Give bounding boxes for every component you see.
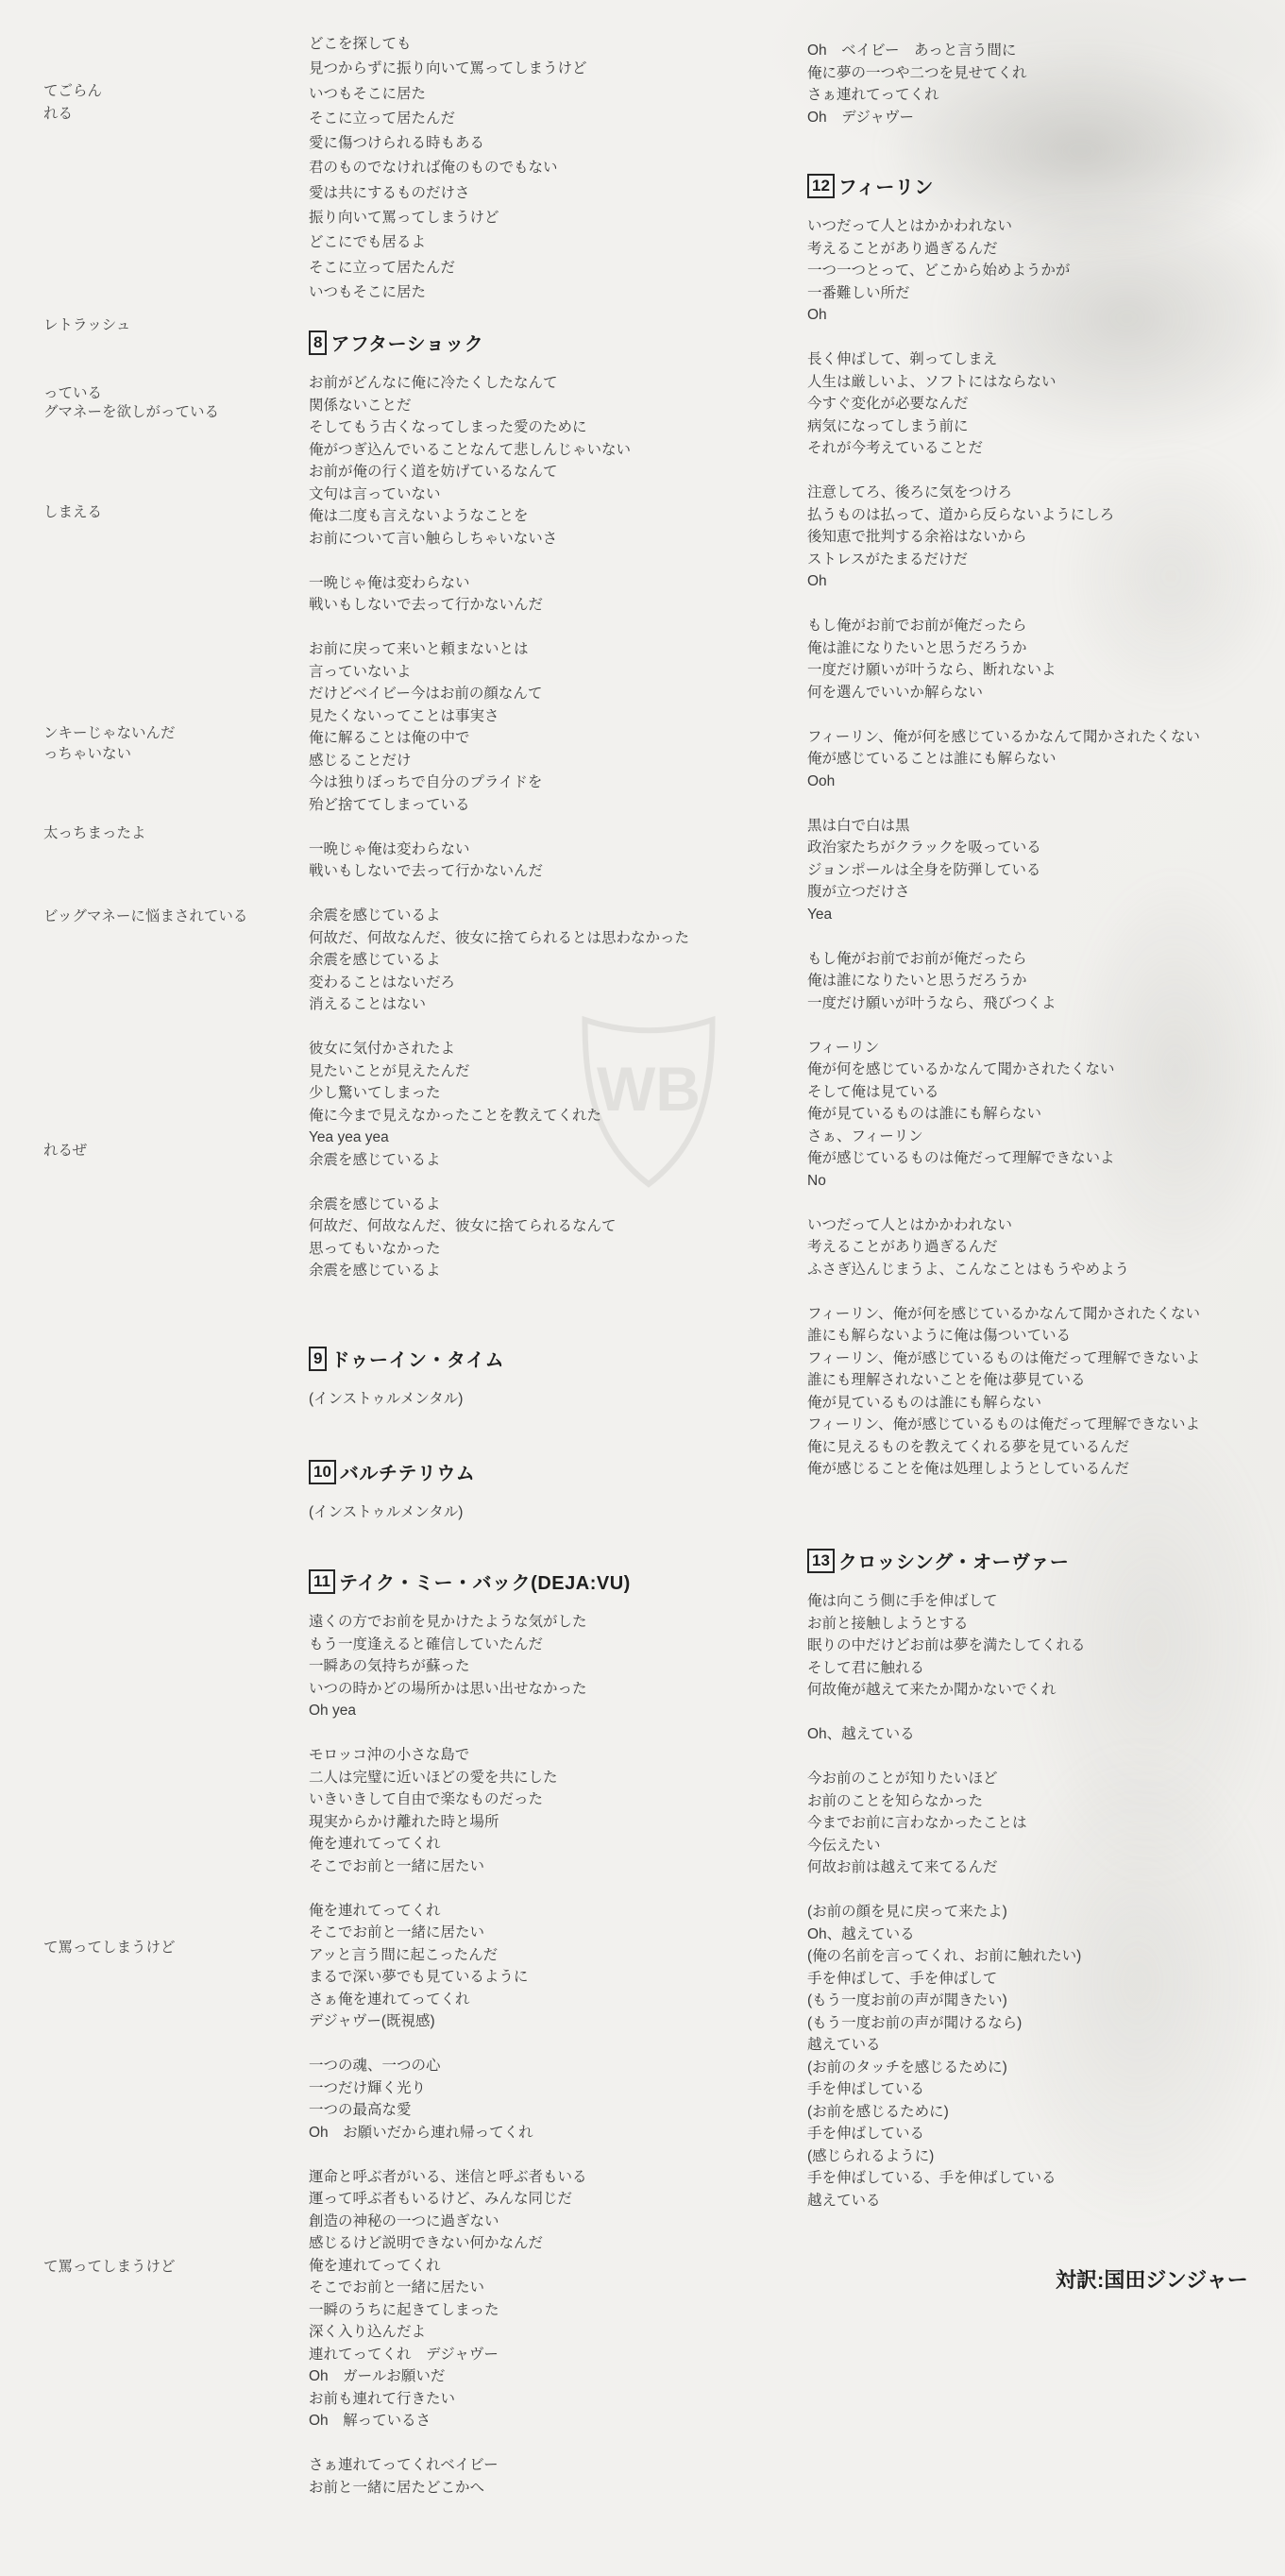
cutoff-text-fragment: てごらん (43, 79, 102, 100)
lyric-line: Oh お願いだから連れ帰ってくれ (309, 2122, 631, 2144)
song-lyrics: (インストゥルメンタル) (309, 1388, 504, 1411)
lyric-line: 今までお前に言わなかったことは (807, 1812, 1086, 1835)
lyric-line: 長く伸ばして、剃ってしまえ (807, 348, 1200, 371)
lyric-line: Yea yea yea (309, 1127, 689, 1149)
lyric-line: お前と一緒に居たどこかへ (309, 2477, 631, 2500)
lyric-line: 消えることはない (309, 993, 689, 1016)
lyric-line: 一番難しい所だ (807, 282, 1200, 305)
lyric-line: フィーリン (807, 1037, 1200, 1059)
lyric-line: (インストゥルメンタル) (309, 1388, 504, 1411)
lyric-line: (インストゥルメンタル) (309, 1501, 475, 1524)
lyric-line: 今伝えたい (807, 1835, 1086, 1857)
lyric-line: 手を伸ばしている (807, 2078, 1086, 2101)
lyric-line: (お前の顔を見に戻って来たよ) (807, 1901, 1086, 1924)
lyric-line: 俺は誰になりたいと思うだろうか (807, 970, 1200, 992)
cutoff-text-fragment: っちゃいない (43, 742, 131, 763)
lyric-line: No (807, 1170, 1200, 1193)
lyric-line: 眠りの中だけどお前は夢を満たしてくれる (807, 1635, 1086, 1657)
lyric-line: そしてもう古くなってしまった愛のために (309, 416, 689, 439)
lyric-line: 見たいことが見えたんだ (309, 1060, 689, 1083)
lyric-line: さぁ俺を連れてってくれ (309, 1989, 631, 2011)
lyric-line: 一つ一つとって、どこから始めようかが (807, 260, 1200, 282)
lyric-stanza: Oh、越えている (807, 1723, 1086, 1746)
lyric-line: 俺が見ているものは誰にも解らない (807, 1103, 1200, 1126)
song-section-8: 8 アフターショック お前がどんなに俺に冷たくしたなんて関係ないことだそしてもう… (309, 329, 689, 1304)
lyric-line: Oh 解っているさ (309, 2410, 631, 2432)
song-title: バルチテリウム (340, 1458, 475, 1485)
lyric-line: 一瞬のうちに起きてしまった (309, 2299, 631, 2322)
lyric-line: 考えることがあり過ぎるんだ (807, 1236, 1200, 1259)
lyric-stanza: 一晩じゃ俺は変わらない戦いもしないで去って行かないんだ (309, 572, 689, 617)
lyric-stanza: もし俺がお前でお前が俺だったら俺は誰になりたいと思うだろうか一度だけ願いが叶うな… (807, 615, 1200, 703)
lyric-line: そこでお前と一緒に居たい (309, 1922, 631, 1944)
lyric-line: 注意してろ、後ろに気をつけろ (807, 482, 1200, 504)
lyric-line: もう一度逢えると確信していたんだ (309, 1634, 631, 1656)
lyric-line: 余震を感じているよ (309, 1260, 689, 1282)
lyric-line: 一度だけ願いが叶うなら、断れないよ (807, 659, 1200, 682)
lyric-stanza: もし俺がお前でお前が俺だったら俺は誰になりたいと思うだろうか一度だけ願いが叶うな… (807, 948, 1200, 1015)
lyric-stanza: 一晩じゃ俺は変わらない戦いもしないで去って行かないんだ (309, 839, 689, 883)
lyric-stanza: 彼女に気付かされたよ見たいことが見えたんだ少し驚いてしまった俺に今まで見えなかっ… (309, 1038, 689, 1171)
lyric-line: 関係ないことだ (309, 395, 689, 417)
lyric-line: 越えている (807, 2190, 1086, 2212)
lyric-line: 戦いもしないで去って行かないんだ (309, 594, 689, 617)
lyric-line: 俺に今まで見えなかったことを教えてくれた (309, 1105, 689, 1127)
lyric-stanza: 運命と呼ぶ者がいる、迷信と呼ぶ者もいる運って呼ぶ者もいるけど、みんな同じだ創造の… (309, 2166, 631, 2432)
lyric-line: そして俺は見ている (807, 1081, 1200, 1104)
lyric-line: もし俺がお前でお前が俺だったら (807, 948, 1200, 971)
lyric-line: いつの時かどの場所かは思い出せなかった (309, 1678, 631, 1701)
lyric-line: Ooh (807, 771, 1200, 793)
lyric-line: お前に戻って来いと頼まないとは (309, 638, 689, 661)
lyric-line: もし俺がお前でお前が俺だったら (807, 615, 1200, 637)
lyric-line: 俺が感じることを俺は処理しようとしているんだ (807, 1458, 1200, 1481)
song-header: 10 バルチテリウム (309, 1458, 475, 1485)
lyric-line: 今は独りぼっちで自分のプライドを (309, 771, 689, 794)
lyric-line: お前も連れて行きたい (309, 2388, 631, 2411)
cutoff-text-fragment: 太っちまったよ (43, 822, 146, 842)
lyric-line: どこを探しても (309, 32, 587, 57)
lyric-line: さぁ連れてってくれ (807, 84, 1027, 107)
lyric-line: 振り向いて罵ってしまうけど (309, 206, 587, 230)
cutoff-text-fragment: て罵ってしまうけど (43, 1936, 176, 1957)
lyric-line: ストレスがたまるだけだ (807, 549, 1200, 571)
lyric-line: 何故だ、何故なんだ、彼女に捨てられるなんて (309, 1215, 689, 1238)
lyric-line: 腹が立つだけさ (807, 881, 1200, 904)
lyric-line: 黒は白で白は黒 (807, 815, 1200, 838)
lyric-line: 少し驚いてしまった (309, 1082, 689, 1105)
lyric-line: Oh、越えている (807, 1723, 1086, 1746)
lyric-line: 誰にも理解されないことを俺は夢見ている (807, 1369, 1200, 1392)
lyric-line: 運って呼ぶ者もいるけど、みんな同じだ (309, 2188, 631, 2211)
lyric-line: 俺を連れてってくれ (309, 2255, 631, 2278)
lyric-line: 二人は完璧に近いほどの愛を共にした (309, 1767, 631, 1789)
lyric-line: ふさぎ込んじまうよ、こんなことはもうやめよう (807, 1259, 1200, 1281)
lyric-line: Oh ガールお願いだ (309, 2365, 631, 2388)
lyric-stanza: いつだって人とはかかわれない考えることがあり過ぎるんだ一つ一つとって、どこから始… (807, 215, 1200, 327)
song-title: アフターショック (330, 329, 483, 356)
lyric-line: 俺に夢の一つや二つを見せてくれ (807, 62, 1027, 85)
lyric-line: いきいきして自由で楽なものだった (309, 1788, 631, 1811)
lyric-line: 言っていないよ (309, 661, 689, 684)
lyric-line: 何故お前は越えて来てるんだ (807, 1856, 1086, 1879)
lyric-line: 思ってもいなかった (309, 1238, 689, 1261)
lyric-stanza: (インストゥルメンタル) (309, 1388, 504, 1411)
lyric-line: そこに立って居たんだ (309, 256, 587, 280)
lyric-stanza: 余震を感じているよ何故だ、何故なんだ、彼女に捨てられるとは思わなかった余震を感じ… (309, 905, 689, 1016)
lyric-line: いつもそこに居た (309, 280, 587, 305)
song-header: 12 フィーリン (807, 172, 1200, 199)
lyric-line: Oh ベイビー あっと言う間に (807, 40, 1027, 62)
lyric-line: 俺は誰になりたいと思うだろうか (807, 637, 1200, 660)
lyric-line: 感じることだけ (309, 750, 689, 772)
lyric-line: 俺は二度も言えないようなことを (309, 505, 689, 528)
lyric-line: 何故だ、何故なんだ、彼女に捨てられるとは思わなかった (309, 927, 689, 950)
song-section-11: 11 テイク・ミー・バック(DEJA:VU) 遠くの方でお前を見かけたような気が… (309, 1568, 631, 2521)
song-header: 11 テイク・ミー・バック(DEJA:VU) (309, 1568, 631, 1595)
lyric-line: 今すぐ変化が必要なんだ (807, 393, 1200, 415)
lyric-line: 払うものは払って、道から反らないようにしろ (807, 504, 1200, 527)
lyric-stanza: いつだって人とはかかわれない考えることがあり過ぎるんだふさぎ込んじまうよ、こんな… (807, 1214, 1200, 1281)
lyric-stanza: お前に戻って来いと頼まないとは言っていないよだけどベイビー今はお前の顔なんて見た… (309, 638, 689, 816)
cutoff-text-fragment: グマネーを欲しがっている (43, 400, 219, 421)
translator-credit: 対訳:国田ジンジャー (1056, 2264, 1248, 2294)
lyric-line: フィーリン、俺が感じているものは俺だって理解できないよ (807, 1414, 1200, 1436)
lyric-line: 俺に見えるものを教えてくれる夢を見ているんだ (807, 1436, 1200, 1459)
lyric-line: 後知恵で批判する余裕はないから (807, 526, 1200, 549)
lyric-line: お前がどんなに俺に冷たくしたなんて (309, 372, 689, 395)
lyric-stanza: 黒は白で白は黒政治家たちがクラックを吸っているジョンポールは全身を防弾している腹… (807, 815, 1200, 926)
lyric-line: 俺に解ることは俺の中で (309, 727, 689, 750)
lyric-line: 俺を連れてってくれ (309, 1833, 631, 1856)
lyric-line: 連れてってくれ デジャヴー (309, 2344, 631, 2366)
lyric-stanza: 俺は向こう側に手を伸ばしてお前と接触しようとする眠りの中だけどお前は夢を満たして… (807, 1590, 1086, 1702)
lyric-line: Oh デジャヴー (807, 107, 1027, 129)
lyric-line: (お前を感じるために) (807, 2101, 1086, 2124)
song-header: 9 ドゥーイン・タイム (309, 1345, 504, 1372)
lyric-stanza: フィーリン俺が何を感じているかなんて聞かされたくないそして俺は見ている俺が見てい… (807, 1037, 1200, 1193)
lyric-line: 一つの最高な愛 (309, 2099, 631, 2122)
lyric-line: お前が俺の行く道を妨げているなんて (309, 461, 689, 483)
lyric-line: お前について言い触らしちゃいないさ (309, 528, 689, 551)
lyric-line: そして君に触れる (807, 1657, 1086, 1680)
lyric-line: 愛に傷つけられる時もある (309, 131, 587, 156)
lyric-line: 俺がつぎ込んでいることなんて悲しんじゃいない (309, 439, 689, 462)
lyric-line: どこにでも居るよ (309, 230, 587, 255)
lyric-line: 深く入り込んだよ (309, 2321, 631, 2344)
lyric-stanza: フィーリン、俺が何を感じているかなんて聞かされたくない俺が感じていることは誰にも… (807, 726, 1200, 793)
lyric-line: 感じるけど説明できない何かなんだ (309, 2232, 631, 2255)
lyric-line: 君のものでなければ俺のものでもない (309, 156, 587, 180)
lyric-line: 彼女に気付かされたよ (309, 1038, 689, 1060)
lyric-line: (お前のタッチを感じるために) (807, 2057, 1086, 2079)
lyric-line: 一つの魂、一つの心 (309, 2055, 631, 2077)
lyric-line: 余震を感じているよ (309, 949, 689, 972)
song-lyrics: いつだって人とはかかわれない考えることがあり過ぎるんだ一つ一つとって、どこから始… (807, 215, 1200, 1481)
lyric-line: それが今考えていることだ (807, 437, 1200, 460)
lyric-line: 考えることがあり過ぎるんだ (807, 238, 1200, 261)
lyric-line: 人生は厳しいよ、ソフトにはならない (807, 371, 1200, 394)
lyric-line: お前のことを知らなかった (807, 1790, 1086, 1813)
lyric-line: 文句は言っていない (309, 483, 689, 506)
lyric-line: お前と接触しようとする (807, 1613, 1086, 1635)
lyric-line: 俺が見ているものは誰にも解らない (807, 1392, 1200, 1415)
lyric-line: 俺が何を感じているかなんて聞かされたくない (807, 1059, 1200, 1081)
lyric-line: 一晩じゃ俺は変わらない (309, 839, 689, 861)
lyric-line: 病気になってしまう前に (807, 415, 1200, 438)
lyric-line: 創造の神秘の一つに過ぎない (309, 2211, 631, 2233)
lyric-line: (感じられるように) (807, 2145, 1086, 2168)
lyric-stanza: 俺を連れてってくれそこでお前と一緒に居たいアッと言う間に起こったんだまるで深い夢… (309, 1900, 631, 2033)
lyric-line: だけどベイビー今はお前の顔なんて (309, 683, 689, 705)
lyric-line: アッと言う間に起こったんだ (309, 1944, 631, 1967)
cutoff-text-fragment: ビッグマネーに悩まされている (43, 905, 247, 925)
lyric-line: 見たくないってことは事実さ (309, 705, 689, 728)
lyric-line: Oh、越えている (807, 1924, 1086, 1946)
lyric-stanza: 長く伸ばして、剃ってしまえ人生は厳しいよ、ソフトにはならない今すぐ変化が必要なん… (807, 348, 1200, 460)
prev-song-lyrics-right: Oh ベイビー あっと言う間に俺に夢の一つや二つを見せてくれさぁ連れてってくれO… (807, 40, 1027, 128)
lyric-line: 殆ど捨ててしまっている (309, 794, 689, 817)
song-title: テイク・ミー・バック(DEJA:VU) (339, 1568, 631, 1595)
lyric-stanza: (お前の顔を見に戻って来たよ)Oh、越えている(俺の名前を言ってくれ、お前に触れ… (807, 1901, 1086, 2212)
track-number-badge: 8 (309, 330, 327, 355)
song-header: 13 クロッシング・オーヴァー (807, 1547, 1086, 1574)
prev-song-lyrics-left: どこを探しても見つからずに振り向いて罵ってしまうけどいつもそこに居たそこに立って… (309, 32, 587, 305)
cutoff-text-fragment: ンキーじゃないんだ (43, 721, 176, 742)
lyric-line: Oh yea (309, 1700, 631, 1722)
song-section-13: 13 クロッシング・オーヴァー 俺は向こう側に手を伸ばしてお前と接触しようとする… (807, 1547, 1086, 2234)
track-number-badge: 12 (807, 174, 835, 198)
lyric-line: 俺が感じていることは誰にも解らない (807, 748, 1200, 771)
lyric-line: 手を伸ばしている、手を伸ばしている (807, 2167, 1086, 2190)
track-number-badge: 11 (309, 1569, 335, 1594)
song-lyrics: 俺は向こう側に手を伸ばしてお前と接触しようとする眠りの中だけどお前は夢を満たして… (807, 1590, 1086, 2212)
lyric-line: モロッコ沖の小さな島で (309, 1744, 631, 1767)
song-title: ドゥーイン・タイム (330, 1345, 504, 1372)
lyric-line: ジョンポールは全身を防弾している (807, 859, 1200, 882)
cutoff-text-fragment: れるぜ (43, 1139, 87, 1160)
song-section-9: 9 ドゥーイン・タイム (インストゥルメンタル) (309, 1345, 504, 1432)
lyric-line: いつもそこに居た (309, 82, 587, 107)
lyric-line: 一晩じゃ俺は変わらない (309, 572, 689, 595)
lyric-line: 余震を感じているよ (309, 1149, 689, 1172)
song-section-12: 12 フィーリン いつだって人とはかかわれない考えることがあり過ぎるんだ一つ一つ… (807, 172, 1200, 1502)
lyric-line: 俺を連れてってくれ (309, 1900, 631, 1923)
lyric-line: (もう一度お前の声が聞けるなら) (807, 2012, 1086, 2035)
lyric-stanza: (インストゥルメンタル) (309, 1501, 475, 1524)
song-header: 8 アフターショック (309, 329, 689, 356)
lyric-line: (俺の名前を言ってくれ、お前に触れたい) (807, 1945, 1086, 1968)
lyric-line: フィーリン、俺が何を感じているかなんて聞かされたくない (807, 1303, 1200, 1326)
lyric-line: 一瞬あの気持ちが蘇った (309, 1655, 631, 1678)
lyric-line: 誰にも解らないように俺は傷ついている (807, 1325, 1200, 1347)
lyric-line: まるで深い夢でも見ているように (309, 1966, 631, 1989)
lyric-line: さぁ、フィーリン (807, 1126, 1200, 1148)
lyric-line: デジャヴー(既視感) (309, 2010, 631, 2033)
lyric-stanza: モロッコ沖の小さな島で二人は完璧に近いほどの愛を共にしたいきいきして自由で楽なも… (309, 1744, 631, 1877)
lyric-line: 現実からかけ離れた時と場所 (309, 1811, 631, 1834)
lyric-line: 一つだけ輝く光り (309, 2077, 631, 2100)
track-number-badge: 9 (309, 1347, 327, 1371)
lyric-line: 運命と呼ぶ者がいる、迷信と呼ぶ者もいる (309, 2166, 631, 2189)
lyric-line: 変わることはないだろ (309, 972, 689, 994)
lyric-stanza: 余震を感じているよ何故だ、何故なんだ、彼女に捨てられるなんて思ってもいなかった余… (309, 1194, 689, 1282)
lyric-line: そこに立って居たんだ (309, 107, 587, 131)
lyric-stanza: 注意してろ、後ろに気をつけろ払うものは払って、道から反らないようにしろ後知恵で批… (807, 482, 1200, 593)
lyric-line: 余震を感じているよ (309, 1194, 689, 1216)
lyric-line: 政治家たちがクラックを吸っている (807, 837, 1200, 859)
cutoff-text-fragment: レトラッシュ (43, 314, 130, 334)
lyric-line: いつだって人とはかかわれない (807, 215, 1200, 238)
lyric-line: 見つからずに振り向いて罵ってしまうけど (309, 57, 587, 81)
cutoff-text-fragment: しまえる (43, 500, 102, 521)
lyric-line: いつだって人とはかかわれない (807, 1214, 1200, 1237)
lyric-line: フィーリン、俺が感じているものは俺だって理解できないよ (807, 1347, 1200, 1370)
lyric-line: 何を選んでいいか解らない (807, 682, 1200, 704)
cutoff-text-fragment: っている (43, 381, 102, 402)
song-title: フィーリン (838, 172, 934, 199)
song-lyrics: お前がどんなに俺に冷たくしたなんて関係ないことだそしてもう古くなってしまった愛の… (309, 372, 689, 1282)
lyric-line: 今お前のことが知りたいほど (807, 1768, 1086, 1790)
song-lyrics: 遠くの方でお前を見かけたような気がしたもう一度逢えると確信していたんだ一瞬あの気… (309, 1611, 631, 2499)
song-section-10: 10 バルチテリウム (インストゥルメンタル) (309, 1458, 475, 1546)
lyric-line: 戦いもしないで去って行かないんだ (309, 860, 689, 883)
lyric-stanza: お前がどんなに俺に冷たくしたなんて関係ないことだそしてもう古くなってしまった愛の… (309, 372, 689, 550)
track-number-badge: 10 (309, 1460, 336, 1484)
lyric-line: 手を伸ばしている (807, 2123, 1086, 2145)
lyrics-booklet-page: WB てごらんれるレトラッシュっているグマネーを欲しがっているしまえるンキーじゃ… (0, 0, 1285, 2576)
lyric-stanza: さぁ連れてってくれベイビーお前と一緒に居たどこかへ (309, 2454, 631, 2499)
lyric-line: Oh (807, 304, 1200, 327)
lyric-stanza: フィーリン、俺が何を感じているかなんて聞かされたくない誰にも解らないように俺は傷… (807, 1303, 1200, 1481)
lyric-line: (もう一度お前の声が聞きたい) (807, 1990, 1086, 2012)
lyric-line: 余震を感じているよ (309, 905, 689, 927)
lyric-stanza: 一つの魂、一つの心一つだけ輝く光り一つの最高な愛Oh お願いだから連れ帰ってくれ (309, 2055, 631, 2144)
lyric-line: そこでお前と一緒に居たい (309, 2277, 631, 2299)
lyric-line: 何故俺が越えて来たか聞かないでくれ (807, 1679, 1086, 1702)
lyric-line: 愛は共にするものだけさ (309, 181, 587, 206)
lyric-line: 俺が感じているものは俺だって理解できないよ (807, 1147, 1200, 1170)
lyric-line: Oh (807, 570, 1200, 593)
lyric-line: 遠くの方でお前を見かけたような気がした (309, 1611, 631, 1634)
song-title: クロッシング・オーヴァー (838, 1547, 1070, 1574)
lyric-line: そこでお前と一緒に居たい (309, 1856, 631, 1878)
lyric-line: さぁ連れてってくれベイビー (309, 2454, 631, 2477)
lyric-stanza: 遠くの方でお前を見かけたような気がしたもう一度逢えると確信していたんだ一瞬あの気… (309, 1611, 631, 1722)
lyric-line: 俺は向こう側に手を伸ばして (807, 1590, 1086, 1613)
cutoff-text-fragment: れる (43, 102, 73, 123)
lyric-line: Yea (807, 904, 1200, 926)
lyric-line: フィーリン、俺が何を感じているかなんて聞かされたくない (807, 726, 1200, 749)
track-number-badge: 13 (807, 1549, 835, 1573)
lyric-line: 手を伸ばして、手を伸ばして (807, 1968, 1086, 1991)
lyric-stanza: 今お前のことが知りたいほどお前のことを知らなかった今までお前に言わなかったことは… (807, 1768, 1086, 1879)
lyric-line: 一度だけ願いが叶うなら、飛びつくよ (807, 992, 1200, 1015)
lyric-line: 越えている (807, 2034, 1086, 2057)
cutoff-text-fragment: て罵ってしまうけど (43, 2255, 176, 2276)
song-lyrics: (インストゥルメンタル) (309, 1501, 475, 1524)
